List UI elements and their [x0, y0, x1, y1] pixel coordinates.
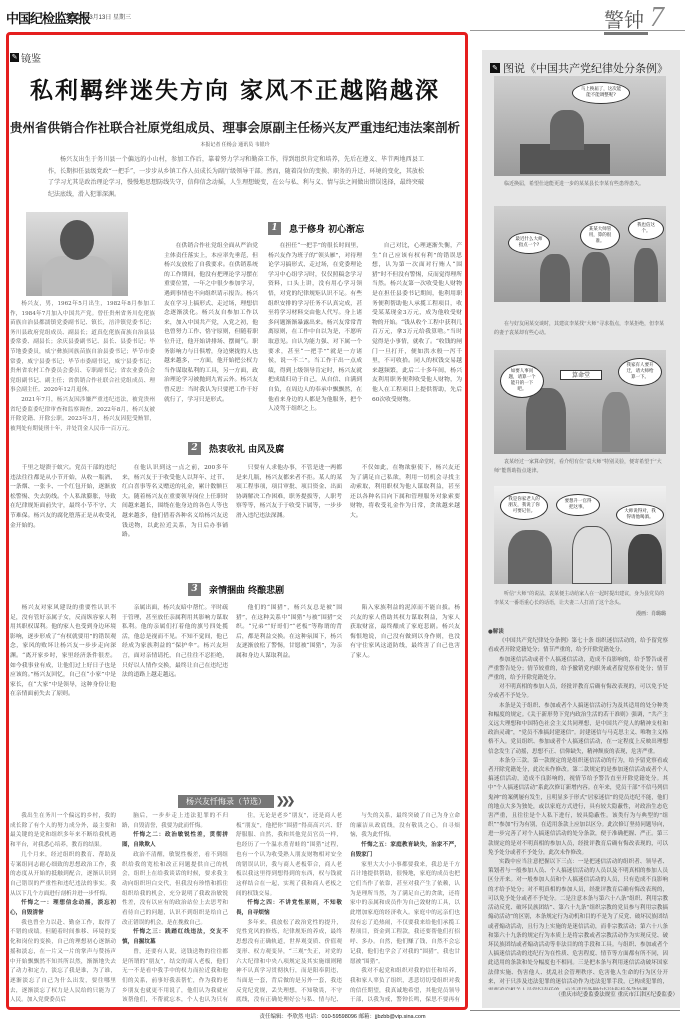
- section-heading-2: 2 热衷收礼 由风及腐: [188, 442, 284, 455]
- body-text: 脑后，一步步走上违法犯罪的不归路，自毁清誉，我要为此而忏悔。: [122, 812, 228, 831]
- body-text: 我也曾全力以赴、勤奋工作，取得了不错的成绩。但随着时间推移、环境的变化和岗位的变…: [10, 919, 116, 1006]
- section-1-column-3: 自己对比，心理逐渐失衡，产生“自己应该有权有利”的错误思想，认为第一次面对行贿人…: [372, 242, 462, 424]
- section-number-badge: 1: [268, 222, 281, 235]
- confession-subheading: 忏悔之五：家庭教育缺失，治家不严，自毁家门: [350, 841, 460, 860]
- section-2-column-2: 在他认识到这一点之前，200多年来，杨兴友于于收受他人以拜年、过节、红白喜事等名…: [122, 464, 228, 566]
- body-text: 与失的关系，最终突破了自己为身立命的廉洁从政底线，没有敬畏之心，自寻烦恼，我为此…: [350, 812, 460, 841]
- speech-bubble: 要想升一官得把这事。: [556, 494, 600, 516]
- section-number-badge: 3: [188, 583, 201, 596]
- illustrator-credit: 漫画：肖璐璐: [494, 610, 666, 617]
- cartoon-figure: [540, 254, 570, 302]
- speech-bubble: 我家有人要升迁，请大师给算一下。: [618, 358, 662, 386]
- section-title: 亲情捆曲 终酿悲剧: [209, 583, 284, 596]
- section-1-column-2: 在担任“一把手”的很长时间里，杨兴友作为班子的“领头雁”，对待理论学习搞形式、走…: [268, 242, 362, 424]
- article-byline: 本报记者 任杨会 通讯员 韦银玲: [0, 141, 470, 148]
- body-text: 曾，还要有人说，送钱送物的往往都是所谓的“朋友”，结交的商人老板，他们无一不是看…: [122, 948, 228, 1006]
- body-text: 我出生在务川一个偏远的乡村，我的成长除了有个人的努力成分外，最主要和最关键的是党…: [10, 812, 116, 851]
- body-text: 在他认识到这一点之前，200多年来，杨兴友于于收受他人以拜年、过节、红白喜事等名…: [122, 464, 228, 541]
- speech-bubble: 我是你家老人的朋友，我说了你可要记住。: [500, 492, 548, 520]
- body-text: 在担任“一把手”的很长时间里，杨兴友作为班子的“领头雁”，对待理论学习搞形式、走…: [268, 242, 362, 415]
- body-text: 不仅如此，在物欲驱使下，杨兴友还为了满足自己私欲，利用一切机会寻找主动索取，利用…: [350, 464, 460, 522]
- speech-bubble: 马上换届了，这次能能不能调整呢?: [572, 82, 630, 104]
- footer-divider: [470, 1010, 680, 1011]
- cartoon-caption-4: 听信“大师”的说法，袁某便主动给家人在一起时提出建议，身为县党员的李某又一番语重…: [494, 590, 666, 608]
- shop-sign: 算命堂: [560, 370, 602, 380]
- body-text: 本条是关于组织、参加或者个人搞迷信活动行为及其适用的处分种类和幅度的规定。《关于…: [488, 702, 668, 757]
- body-text: 住，无论是老乡“朋友”，还是商人老板“朋友”，他把你“围猎”得高高兴兴、舒舒服服…: [236, 812, 342, 899]
- sidebar-title-text: 图说《中国共产党纪律处分条例》: [503, 60, 668, 76]
- confession-banner: 杨兴友忏悔录（节选） ❯❯❯: [178, 794, 292, 808]
- cartoon-figure: [572, 526, 612, 584]
- section-title: 热衷收礼 由风及腐: [209, 442, 284, 455]
- cartoon-figure: [582, 252, 610, 302]
- section-3-column-1: 杨兴友对家风建设的重要性认识不足，没有管好亲属子女，反而纵容家人利用其职权谋利。…: [10, 604, 116, 782]
- article-lead: 杨兴友出生于务川县一个偏远的小山村，参加工作后，靠着努力学习和勤奋工作，得到组织…: [48, 154, 424, 200]
- confession-column-3: 住，无论是老乡“朋友”，还是商人老板“朋友”，他把你“围猎”得高高兴兴、舒舒服服…: [236, 812, 342, 1006]
- cartoon-figure: [628, 534, 662, 584]
- body-text: 几个月来，经过组织的教育、帮助及专案组同志耐心细致的思想政治工作，我的态度从开始…: [10, 851, 116, 900]
- header-divider: [470, 30, 685, 31]
- body-text: 对不明真相的参加人员，经批评教育后确有悔改表现的，可以免予处分或者不予处分。: [488, 683, 668, 701]
- cartoon-figure: [508, 530, 552, 584]
- cartoon-panel-3: 算命堂 如要人事问题，请算一个能升的一下吧。 我家有人要升迁，请大师给算一下。: [494, 350, 666, 454]
- interpretation-text: ●解读 《中国共产党纪律处分条例》第七十条 组织迷信活动的，给予留党察看或者开除…: [488, 628, 668, 996]
- subject-bio: 杨兴友，男，1962年5月出生，1982年8月参加工作，1984年7月加入中国共…: [10, 300, 155, 434]
- article-subheadline: 贵州省供销合作社联合社原党组成员、理事会原副主任杨兴友严重违纪违法案剖析: [0, 118, 470, 136]
- column-logo-icon: ✎: [10, 53, 19, 62]
- speech-bubble: 最近什么大师指点一个?: [508, 232, 550, 254]
- body-text: 陷入家族利益的泥淖而不能自拔。杨兴友的家人借助其权力谋取利益，为家人获取财富，最…: [350, 604, 460, 662]
- issue-date: 2024年3月13日 星期三: [70, 12, 131, 21]
- column-label-text: 镜鉴: [21, 50, 41, 65]
- body-text: 杨兴友对家风建设的重要性认识不足，没有管好亲属子女，反而纵容家人利用其职权谋利。…: [10, 604, 116, 700]
- confession-subheading: 忏悔之二：政治敏锐性差，贯彻拼图，自欺欺人: [122, 831, 228, 850]
- section-3-column-2: 亲属出面，杨兴友暗中帮忙。平时疏于管理，甚至放任亲属利用其影响力谋取私利。他的亲…: [122, 604, 228, 782]
- page-section-name: 警钟: [604, 4, 644, 33]
- section-2-column-4: 不仅如此，在物欲驱使下，杨兴友还为了满足自己私欲，利用一切机会寻找主动索取，利用…: [350, 464, 460, 566]
- cartoon-figure: [602, 392, 630, 452]
- cartoon-figure: [526, 388, 566, 450]
- confession-column-4: 与失的关系，最终突破了自己为身立命的廉洁从政底线，没有敬畏之心，自寻烦恼，我为此…: [350, 812, 460, 1006]
- body-text: 多年来，我放松了政治党性的提升，党性党风的修炼，纪律规矩的养成，最终思想没有正确…: [236, 919, 342, 1006]
- body-text: 他们的“围猎”，杨兴友总是被“围猎”，在这种关系中“围猎”与被“围猎”交织。“兄…: [236, 604, 342, 662]
- body-text: 自己对比，心理逐渐失衡，产生“自己应该有权有利”的错误思想，认为第一次面对行贿人…: [372, 242, 462, 405]
- article-headline[interactable]: 私利羁绊迷失方向 家风不正越陷越深: [0, 72, 470, 105]
- confession-subheading: 忏悔之四：不讲党性原则，不知敬畏，自寻烦恼: [236, 899, 342, 918]
- body-text: 家里大大小小事都要我来，我总是千方百计地提供帮助，很慢地，家庭的成员也把它们当作…: [350, 861, 460, 968]
- section-1-column-1: 在供销合作社党组全面从严治党主体责任落实上，本应率先垂范，但杨兴友放松了自我要求…: [164, 242, 258, 424]
- cartoon-caption-1: 临近换届，希望仕途能更进一步的某某县长李某有些患得患失。: [494, 180, 666, 189]
- section-underline: [604, 32, 648, 35]
- body-text: 只要有人求他办事，不管是进一两都是来几瓶，杨兴友都来者不拒。某人的某项工程事项，…: [236, 464, 342, 522]
- confession-subheading: 忏悔之一：理想信念动摇，淡忘初心，自毁清誉: [10, 899, 116, 918]
- sidebar-cartoon-panel: ✎ 图说《中国共产党纪律处分条例》 马上换届了，这次能能不能调整呢? 临近换届，…: [482, 50, 680, 1008]
- cartoon-panel-4: 我是你家老人的朋友，我说了你可要记住。 要想升一官得把这事。 大师说得对，我得请…: [494, 486, 666, 584]
- body-text: 我对不起党和组织对我的信任和培养，我和家人辜负了组织，悲悲切切受组织对我的信任期…: [350, 967, 460, 1006]
- section-3-column-4: 陷入家族利益的泥淖而不能自拔。杨兴友的家人借助其权力谋取利益，为家人获取财富，最…: [350, 604, 460, 782]
- section-number-badge: 2: [188, 442, 201, 455]
- speech-bubble: 大师说得对，我得请他喝酒。: [616, 504, 664, 526]
- cartoon-panel-2: 最近什么大师指点一个? 某某大师管用，算的很准。 我也信这个。: [494, 206, 666, 302]
- section-title: 息于修身 初心渐忘: [289, 222, 364, 235]
- cartoon-figure: [634, 248, 658, 302]
- speech-bubble: 某某大师管用，算的很准。: [580, 222, 620, 250]
- confession-column-1: 我出生在务川一个偏远的乡村，我的成长除了有个人的努力成分外，最主要和最关键的是党…: [10, 812, 116, 1006]
- body-text: 千里之堤溃于蚁穴。党员干部的违纪违法往往都是从小节开始，从收一瓶酒、一条烟、一张…: [10, 464, 116, 531]
- speech-bubble: 如要人事问题，请算一个能升的一下吧。: [500, 364, 544, 398]
- page-footer: 责任编辑：李欣然 电话：010-59598096 邮箱：jjbzbb@vip.s…: [0, 1012, 685, 1020]
- section-2-column-1: 千里之堤溃于蚁穴。党员干部的违纪违法往往都是从小节开始，从收一瓶酒、一条烟、一张…: [10, 464, 116, 566]
- column-label: ✎ 镜鉴: [10, 50, 41, 65]
- cartoon-figure: [550, 110, 584, 150]
- confession-banner-title: 杨兴友忏悔录（节选）: [178, 795, 274, 808]
- body-text: 《中国共产党纪律处分条例》第七十条 组织迷信活动的，给予留党察看或者开除党籍处分…: [488, 637, 668, 655]
- cartoon-caption-3: 袁某经过一家算命堂时，看介绍有位“袁大师”特别灵验，便寄希望于“大师”能帮助指点…: [494, 458, 666, 476]
- sidebar-title: ✎ 图说《中国共产党纪律处分条例》: [490, 60, 668, 76]
- interpretation-label: ●解读: [488, 628, 668, 637]
- bio-paragraph: 杨兴友，男，1962年5月出生，1982年8月参加工作，1984年7月加入中国共…: [10, 300, 155, 396]
- body-text: 实践中应当注意把握以下三点：一是把迷信活动的组织者、领导者、策划者与一般参加人员…: [488, 858, 668, 996]
- bio-paragraph: 2021年7月，杨兴友因涉嫌严重违纪违法，被党贵州省纪委监委纪律审查和监察调查。…: [10, 396, 155, 434]
- photo-figure-body: [42, 256, 112, 296]
- body-text: 亲属出面，杨兴友暗中帮忙。平时疏于管理，甚至放任亲属利用其影响力谋取私利。他的亲…: [122, 604, 228, 681]
- section-3-column-3: 他们的“围猎”，杨兴友总是被“围猎”，在这种关系中“围猎”与被“围猎”交织。“兄…: [236, 604, 342, 782]
- section-heading-3: 3 亲情捆曲 终酿悲剧: [188, 583, 284, 596]
- confession-column-2: 脑后，一步步走上违法犯罪的不归路，自毁清誉，我要为此而忏悔。 忏悔之二：政治敏锐…: [122, 812, 228, 1006]
- interpretation-source: （重庆市纪委监委法规室 重庆市江津区纪委监委）: [488, 990, 678, 998]
- section-2-column-3: 只要有人求他办事，不管是进一两都是来几瓶，杨兴友都来者不拒。某人的某项工程事项，…: [236, 464, 342, 566]
- chevrons-right-icon: ❯❯❯: [276, 796, 292, 807]
- confession-subheading: 忏悔之三：践踏红线违法，交友不慎，自掘坟墓: [122, 928, 228, 947]
- column-logo-icon: ✎: [490, 63, 500, 73]
- photo-figure-head: [60, 220, 94, 260]
- body-text: 本条分三款。第一款规定的是组织迷信活动的行为，给予留党察看或者开除党籍处分，此次…: [488, 757, 668, 858]
- body-text: 政治不清醒，敏锐性极差，看不到组织给我的宽松和改正问题提供自己的机会，组织上在给…: [122, 851, 228, 929]
- subject-photo: [26, 212, 128, 296]
- speech-bubble: 我也信这个。: [628, 218, 664, 240]
- cartoon-caption-2: 在与好友闲某交谈时，其建议李某找“大师”寻求指点，李某拒绝，但李某的妻子袁某却有…: [494, 320, 666, 338]
- cartoon-panel-1: 马上换届了，这次能能不能调整呢?: [494, 76, 666, 176]
- body-text: 参加迷信活动或者个人搞迷信活动，造成不良影响的，给予警告或者严重警告处分；情节较…: [488, 656, 668, 684]
- section-heading-1: 1 息于修身 初心渐忘: [268, 222, 364, 235]
- body-text: 在供销合作社党组全面从严治党主体责任落实上，本应率先垂范，但杨兴友放松了自我要求…: [164, 242, 258, 405]
